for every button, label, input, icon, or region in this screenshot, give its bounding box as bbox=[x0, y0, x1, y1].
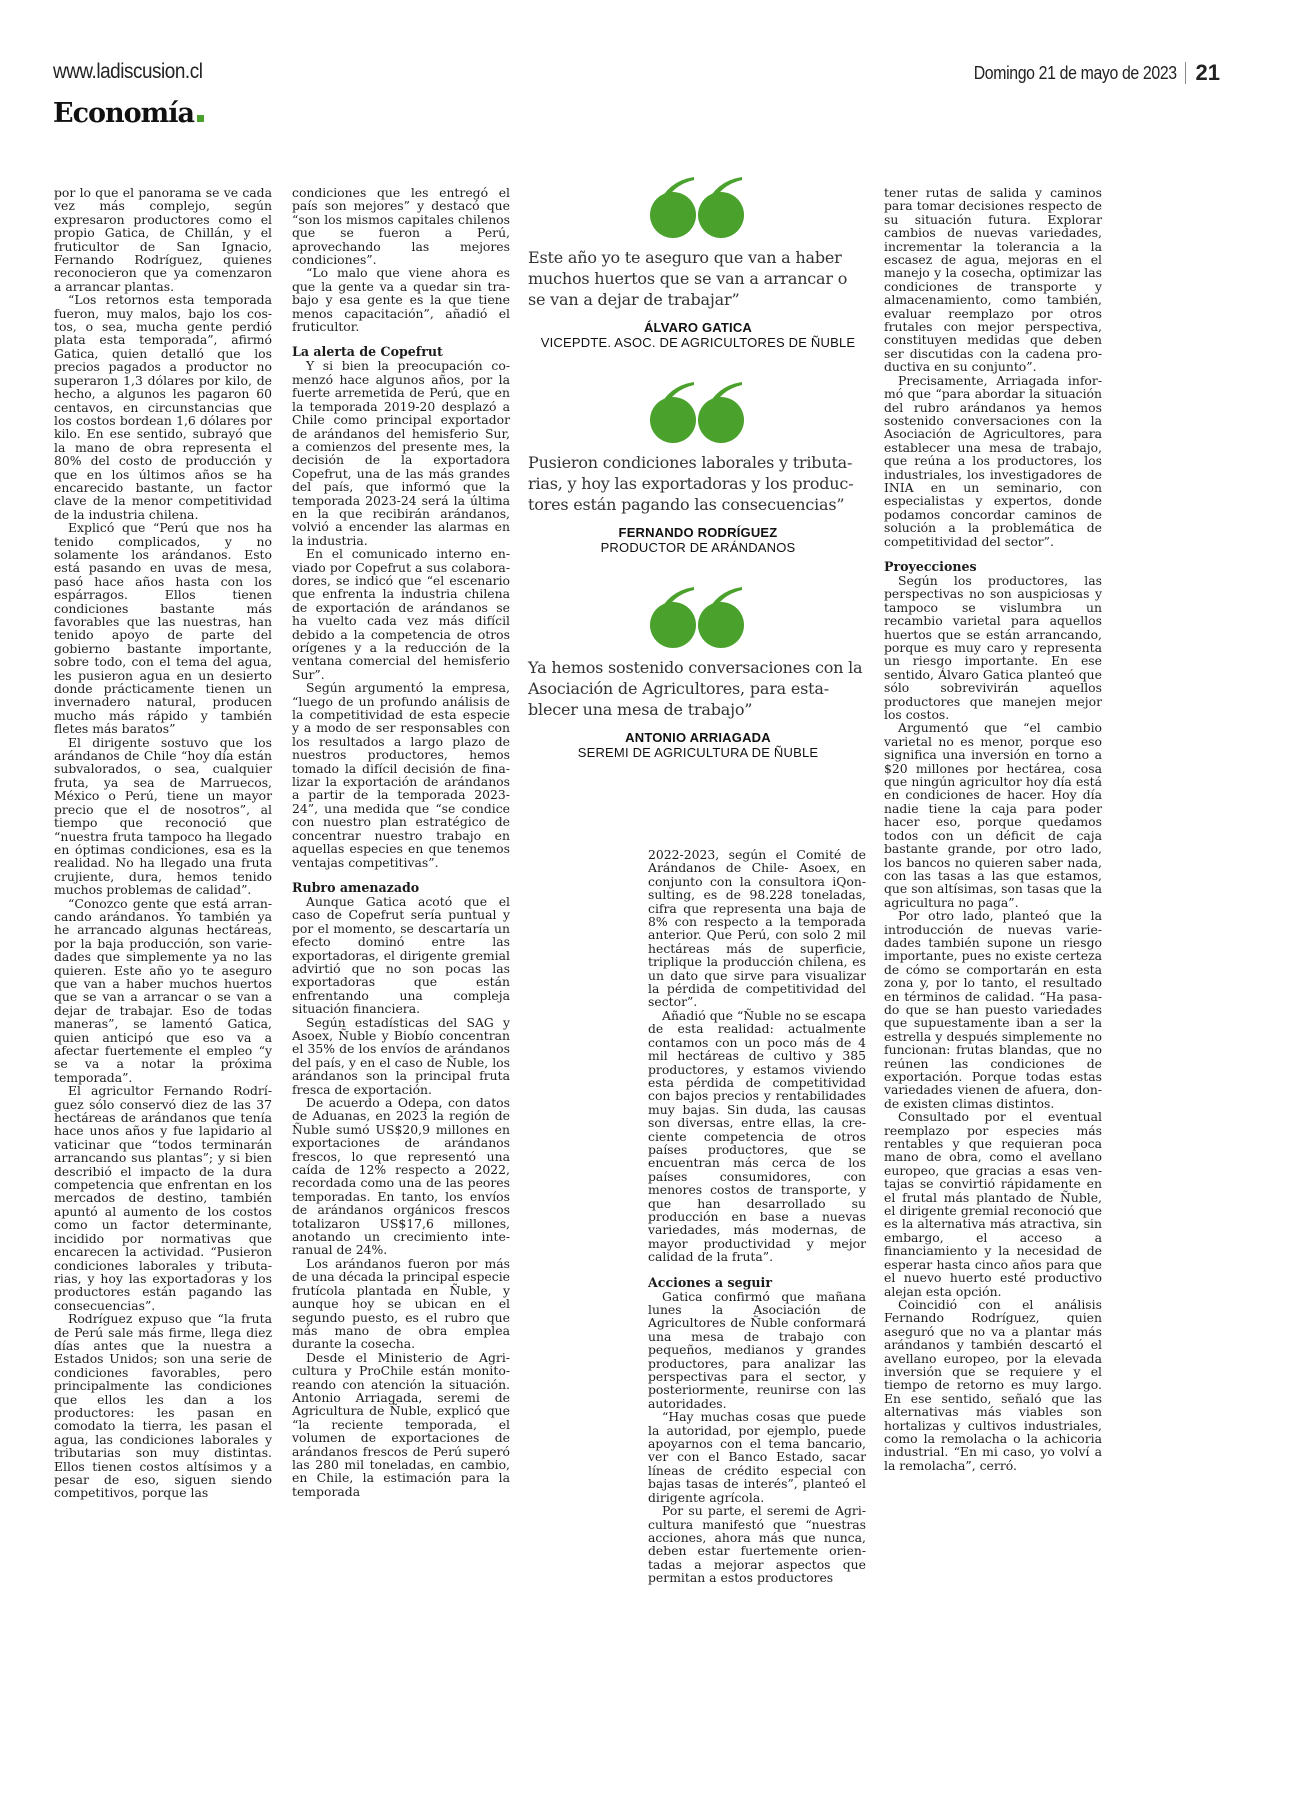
paragraph: Añadió que “Ñuble no se escapa de esta r… bbox=[648, 1009, 866, 1264]
paragraph: por lo que el panorama se ve cada vez má… bbox=[54, 186, 272, 293]
paragraph: condiciones que les entregó el país son … bbox=[292, 186, 510, 266]
paragraph: Aunque Gatica acotó que el caso de Copef… bbox=[292, 895, 510, 1016]
paragraph: Por su parte, el seremi de Agri­cultura … bbox=[648, 1504, 866, 1584]
paragraph: El agricultor Fernando Rodrí­guez sólo c… bbox=[54, 1084, 272, 1312]
section-title: Economía bbox=[53, 98, 204, 129]
paragraph: tener rutas de salida y caminos para tom… bbox=[884, 186, 1102, 374]
quote-text: Ya hemos sostenido conversaciones con la… bbox=[528, 657, 868, 720]
site-url[interactable]: www.ladiscusion.cl bbox=[53, 60, 202, 84]
publication-date: Domingo 21 de mayo de 2023 bbox=[973, 63, 1176, 84]
paragraph: “Hay muchas cosas que puede la autoridad… bbox=[648, 1410, 866, 1504]
quote-author: ANTONIO ARRIAGADA bbox=[528, 730, 868, 745]
article-column-3: 2022-2023, según el Comité de Arándanos … bbox=[648, 848, 866, 1585]
quote-text: Pusieron condiciones laborales y tributa… bbox=[528, 452, 868, 515]
quote-role: SEREMI DE AGRICULTURA DE ÑUBLE bbox=[528, 745, 868, 760]
article-column-4: tener rutas de salida y caminos para tom… bbox=[884, 186, 1102, 1472]
quote-role: PRODUCTOR DE ARÁNDANOS bbox=[528, 540, 868, 555]
paragraph: Y si bien la preocupación co­menzó hace … bbox=[292, 359, 510, 547]
subheading-acciones: Acciones a seguir bbox=[648, 1276, 866, 1290]
paragraph: Coincidió con el análisis Fernan­do Rodr… bbox=[884, 1298, 1102, 1472]
article-column-2: condiciones que les entregó el país son … bbox=[292, 186, 510, 1498]
paragraph: Los arándanos fueron por más de una déca… bbox=[292, 1257, 510, 1351]
pull-quote: Ya hemos sostenido conversaciones con la… bbox=[528, 585, 868, 760]
paragraph: Argumentó que “el cambio varietal no es … bbox=[884, 721, 1102, 909]
quote-mark-icon bbox=[648, 175, 748, 239]
pull-quote: Pusieron condiciones laborales y tributa… bbox=[528, 380, 868, 555]
paragraph: 2022-2023, según el Comité de Arándanos … bbox=[648, 848, 866, 1009]
paragraph: Por otro lado, planteó que la introducci… bbox=[884, 909, 1102, 1110]
paragraph: En el comunicado interno en­viado por Co… bbox=[292, 547, 510, 681]
quote-text: Este año yo te aseguro que van a haber m… bbox=[528, 247, 868, 310]
quote-author: FERNANDO RODRÍGUEZ bbox=[528, 525, 868, 540]
paragraph: Según los productores, las perspectivas … bbox=[884, 574, 1102, 721]
quote-mark-icon bbox=[648, 380, 748, 444]
paragraph: Según argumentó la empresa, “luego de un… bbox=[292, 681, 510, 869]
paragraph: Precisamente, Arriagada infor­mó que “pa… bbox=[884, 374, 1102, 548]
pull-quote: Este año yo te aseguro que van a haber m… bbox=[528, 175, 868, 350]
paragraph: Rodríguez expuso que “la fruta de Perú s… bbox=[54, 1312, 272, 1500]
section-label: Economía bbox=[53, 98, 194, 129]
paragraph: Según estadísticas del SAG y Asoex, Ñubl… bbox=[292, 1016, 510, 1096]
paragraph: Gatica confirmó que mañana lunes la Asoc… bbox=[648, 1290, 866, 1411]
paragraph: “Conozco gente que está arran­cando arán… bbox=[54, 897, 272, 1085]
subheading-copefrut: La alerta de Copefrut bbox=[292, 345, 510, 359]
quote-role: VICEPDTE. ASOC. DE AGRICULTORES DE ÑUBLE bbox=[528, 335, 868, 350]
header-divider bbox=[1185, 62, 1186, 84]
subheading-proyecciones: Proyecciones bbox=[884, 560, 1102, 574]
paragraph: El dirigente sostuvo que los arándanos d… bbox=[54, 736, 272, 897]
header-meta: Domingo 21 de mayo de 2023 21 bbox=[946, 60, 1220, 86]
quote-author: ÁLVARO GATICA bbox=[528, 320, 868, 335]
paragraph: Consultado por el eventual reemplazo por… bbox=[884, 1110, 1102, 1298]
page-number: 21 bbox=[1196, 60, 1220, 86]
pull-quotes: Este año yo te aseguro que van a haber m… bbox=[528, 175, 868, 790]
paragraph: “Lo malo que viene ahora es que la gente… bbox=[292, 266, 510, 333]
paragraph: De acuerdo a Odepa, con datos de Aduanas… bbox=[292, 1096, 510, 1257]
section-accent-dot bbox=[197, 115, 204, 122]
paragraph: Explicó que “Perú que nos ha te­nido com… bbox=[54, 521, 272, 736]
subheading-rubro-amenazado: Rubro amenazado bbox=[292, 881, 510, 895]
paragraph: Desde el Ministerio de Agri­cultura y Pr… bbox=[292, 1351, 510, 1498]
quote-mark-icon bbox=[648, 585, 748, 649]
paragraph: “Los retornos esta temporada fueron, muy… bbox=[54, 293, 272, 521]
article-column-1: por lo que el panorama se ve cada vez má… bbox=[54, 186, 272, 1500]
